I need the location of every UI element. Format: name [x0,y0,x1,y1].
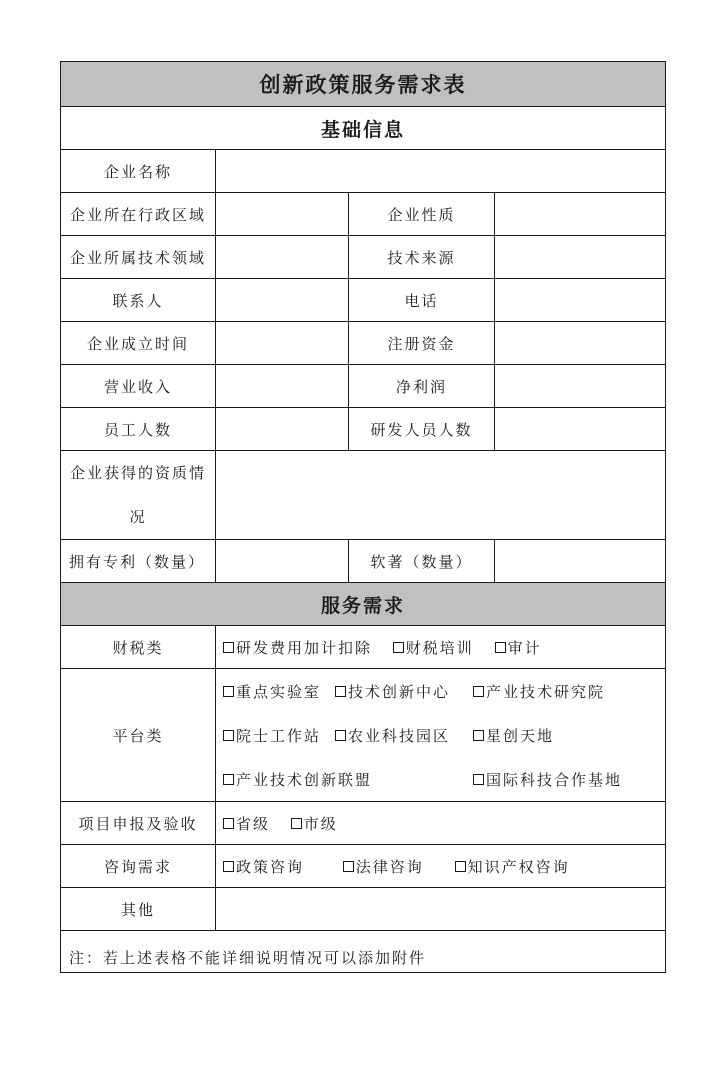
revenue-row: 营业收入 净利润 [61,365,666,408]
tax-label: 财税类 [61,626,216,669]
region-label: 企业所在行政区域 [61,193,216,236]
platform-row: 平台类 重点实验室 技术创新中心 产业技术研究院 院士工作站 农业科技园区 星创… [61,669,666,802]
company-name-label: 企业名称 [61,150,216,193]
consulting-options: 政策咨询 法律咨询 知识产权咨询 [216,845,666,888]
checkbox-rd-deduction[interactable]: 研发费用加计扣除 [223,637,372,658]
rd-staff-count-label: 研发人员人数 [349,408,495,451]
tax-options: 研发费用加计扣除 财税培训 审计 [216,626,666,669]
section-service-needs: 服务需求 [61,583,666,626]
company-name-field[interactable] [216,150,666,193]
checkbox-legal-consulting[interactable]: 法律咨询 [343,856,424,877]
other-row: 其他 [61,888,666,931]
checkbox-industry-innovation-alliance[interactable]: 产业技术创新联盟 [223,757,459,801]
phone-label: 电话 [349,279,495,322]
project-label: 项目申报及验收 [61,802,216,845]
founded-label: 企业成立时间 [61,322,216,365]
tech-field-row: 企业所属技术领域 技术来源 [61,236,666,279]
checkbox-tech-innovation-center[interactable]: 技术创新中心 [335,669,459,713]
form-title-row: 创新政策服务需求表 [61,62,666,107]
contact-label: 联系人 [61,279,216,322]
section-title-service-needs: 服务需求 [61,583,666,626]
qualification-row: 企业获得的资质情况 [61,451,666,540]
checkbox-municipal[interactable]: 市级 [291,813,338,834]
checkbox-tax-training[interactable]: 财税培训 [393,637,474,658]
qualification-field[interactable] [216,451,666,540]
footnote: 注：若上述表格不能详细说明情况可以添加附件 [61,931,666,973]
founded-field[interactable] [216,322,349,365]
checkbox-icon[interactable] [223,686,234,697]
qualification-label: 企业获得的资质情况 [61,451,216,540]
revenue-label: 营业收入 [61,365,216,408]
checkbox-icon[interactable] [473,686,484,697]
ip-row: 拥有专利（数量） 软著（数量） [61,540,666,583]
checkbox-intl-cooperation-base[interactable]: 国际科技合作基地 [473,757,651,801]
checkbox-icon[interactable] [223,642,234,653]
checkbox-icon[interactable] [473,730,484,741]
policy-service-form: 创新政策服务需求表 基础信息 企业名称 企业所在行政区域 企业性质 企业所属技术… [60,61,666,973]
other-field[interactable] [216,888,666,931]
project-options: 省级 市级 [216,802,666,845]
platform-label: 平台类 [61,669,216,802]
company-nature-field[interactable] [495,193,666,236]
region-field[interactable] [216,193,349,236]
consulting-label: 咨询需求 [61,845,216,888]
patents-field[interactable] [216,540,349,583]
net-profit-label: 净利润 [349,365,495,408]
checkbox-icon[interactable] [495,642,506,653]
staff-count-label: 员工人数 [61,408,216,451]
software-copyright-field[interactable] [495,540,666,583]
checkbox-icon[interactable] [335,730,346,741]
tax-row: 财税类 研发费用加计扣除 财税培训 审计 [61,626,666,669]
project-row: 项目申报及验收 省级 市级 [61,802,666,845]
checkbox-star-creation-space[interactable]: 星创天地 [473,713,651,757]
tech-field-field[interactable] [216,236,349,279]
founded-row: 企业成立时间 注册资金 [61,322,666,365]
section-basic-info: 基础信息 [61,107,666,150]
contact-row: 联系人 电话 [61,279,666,322]
software-copyright-label: 软著（数量） [349,540,495,583]
tech-field-label: 企业所属技术领域 [61,236,216,279]
checkbox-icon[interactable] [473,774,484,785]
platform-options: 重点实验室 技术创新中心 产业技术研究院 院士工作站 农业科技园区 星创天地 产… [216,669,666,802]
checkbox-icon[interactable] [291,818,302,829]
checkbox-provincial[interactable]: 省级 [223,813,270,834]
section-title-basic-info: 基础信息 [61,107,666,150]
tech-source-field[interactable] [495,236,666,279]
checkbox-icon[interactable] [223,730,234,741]
staff-count-field[interactable] [216,408,349,451]
checkbox-academician-workstation[interactable]: 院士工作站 [223,713,321,757]
rd-staff-count-field[interactable] [495,408,666,451]
checkbox-agri-tech-park[interactable]: 农业科技园区 [335,713,459,757]
note-row: 注：若上述表格不能详细说明情况可以添加附件 [61,931,666,973]
checkbox-icon[interactable] [393,642,404,653]
phone-field[interactable] [495,279,666,322]
patents-label: 拥有专利（数量） [61,540,216,583]
consulting-row: 咨询需求 政策咨询 法律咨询 知识产权咨询 [61,845,666,888]
registered-capital-label: 注册资金 [349,322,495,365]
company-name-row: 企业名称 [61,150,666,193]
contact-field[interactable] [216,279,349,322]
tech-source-label: 技术来源 [349,236,495,279]
checkbox-ip-consulting[interactable]: 知识产权咨询 [455,856,570,877]
checkbox-industry-research-institute[interactable]: 产业技术研究院 [473,669,651,713]
checkbox-policy-consulting[interactable]: 政策咨询 [223,856,304,877]
checkbox-key-lab[interactable]: 重点实验室 [223,669,321,713]
staff-row: 员工人数 研发人员人数 [61,408,666,451]
registered-capital-field[interactable] [495,322,666,365]
checkbox-icon[interactable] [335,686,346,697]
form-title: 创新政策服务需求表 [61,62,666,107]
revenue-field[interactable] [216,365,349,408]
other-label: 其他 [61,888,216,931]
company-nature-label: 企业性质 [349,193,495,236]
checkbox-icon[interactable] [455,861,466,872]
checkbox-icon[interactable] [223,774,234,785]
checkbox-icon[interactable] [343,861,354,872]
region-row: 企业所在行政区域 企业性质 [61,193,666,236]
checkbox-audit[interactable]: 审计 [495,637,542,658]
checkbox-icon[interactable] [223,861,234,872]
checkbox-icon[interactable] [223,818,234,829]
net-profit-field[interactable] [495,365,666,408]
